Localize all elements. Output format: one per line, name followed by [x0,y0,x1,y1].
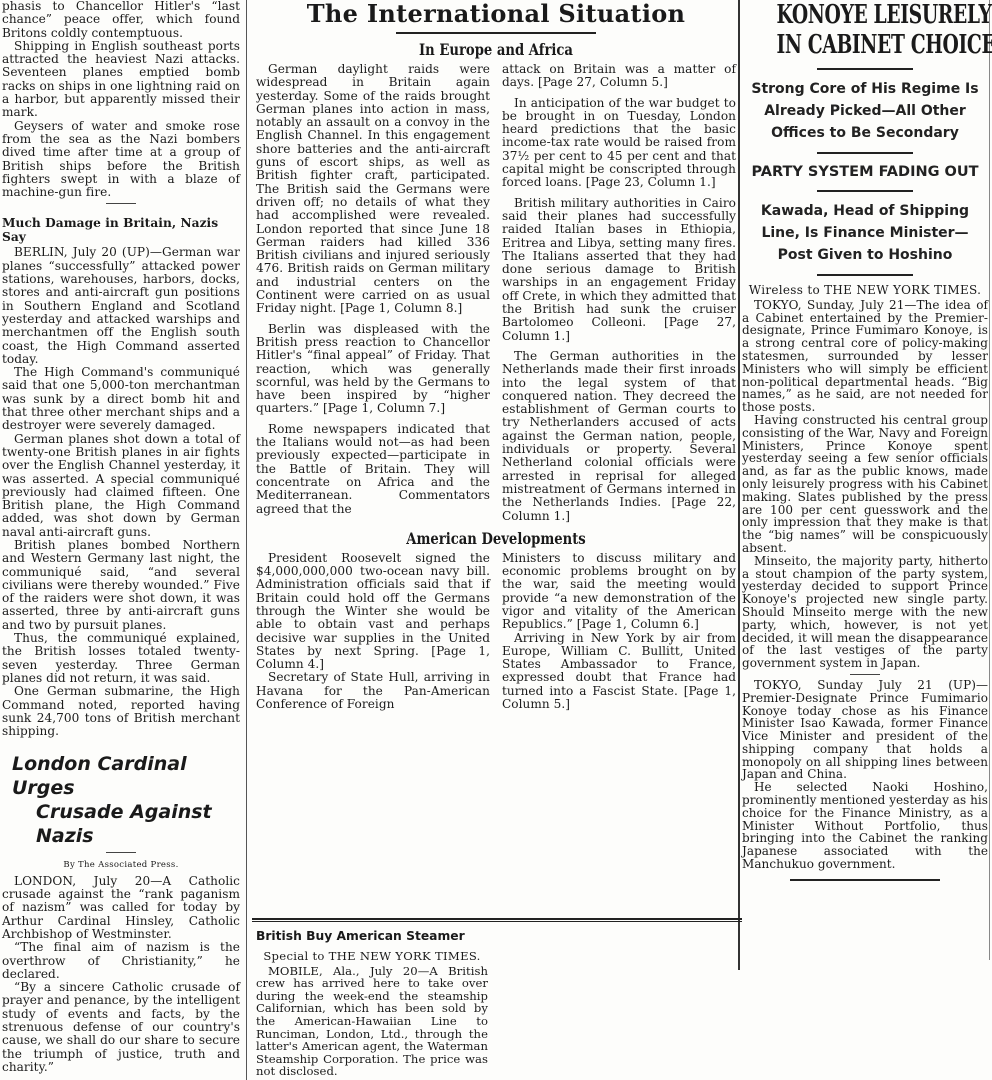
section-heading: American Developments [292,529,700,548]
headline-line: Crusade Against Nazis [2,800,240,848]
article-paragraph: TOKYO, Sunday, July 21—The idea of a Cab… [742,299,988,414]
byline: Special to THE NEW YORK TIMES. [256,950,488,963]
deck-headline: PARTY SYSTEM FADING OUT [742,162,988,182]
column-rule [738,0,740,970]
europe-africa-section: German daylight raids were widespread in… [256,63,736,523]
summary-paragraph: British military authorities in Cairo sa… [502,197,736,343]
section-heading: In Europe and Africa [292,40,700,59]
separator [850,674,880,675]
subhead: Much Damage in Britain, Nazis Say [2,216,240,244]
section-rule [252,918,742,922]
article-headline: British Buy American Steamer [256,928,488,944]
left-column: phasis to Chancellor Hitler's “last chan… [2,0,240,1080]
sub-column-left: President Roosevelt signed the $4,000,00… [256,552,490,712]
byline: By The Associated Press. [2,859,240,872]
american-section: President Roosevelt signed the $4,000,00… [256,552,736,712]
summary-paragraph: attack on Britain was a matter of days. … [502,63,736,90]
article-paragraph: “The final aim of nazism is the overthro… [2,941,240,981]
deck-headline: Kawada, Head of Shipping Line, Is Financ… [742,200,988,266]
article-paragraph: German planes shot down a total of twent… [2,433,240,539]
article-paragraph: The High Command's communiqué said that … [2,366,240,432]
summary-paragraph: In anticipation of the war budget to be … [502,97,736,190]
article-paragraph: “By a sincere Catholic crusade of prayer… [2,981,240,1074]
separator [817,152,913,154]
article-paragraph: MOBILE, Ala., July 20—A British crew has… [256,965,488,1078]
separator [106,203,136,204]
article-paragraph: British planes bombed Northern and Weste… [2,539,240,632]
cardinal-headline: London Cardinal Urges Crusade Against Na… [2,752,240,848]
separator [817,68,913,70]
article-paragraph: LONDON, July 20—A Catholic crusade again… [2,875,240,941]
article-paragraph: Minseito, the majority party, hitherto a… [742,555,988,670]
separator [817,274,913,276]
deck-headline: Strong Core of His Regime Is Already Pic… [742,78,988,144]
headline-line: IN CABINET CHOICES [776,30,953,60]
article-paragraph: Having constructed his central group con… [742,414,988,555]
separator [106,852,136,853]
byline: Wireless to THE NEW YORK TIMES. [742,284,988,297]
article-paragraph: One German submarine, the High Command n… [2,685,240,738]
column-rule [246,0,247,1080]
summary-paragraph: Arriving in New York by air from Europe,… [502,632,736,712]
sub-column-left: German daylight raids were widespread in… [256,63,490,523]
article-paragraph: Thus, the communiqué explained, the Brit… [2,632,240,685]
sub-column-right: attack on Britain was a matter of days. … [502,63,736,523]
summary-paragraph: German daylight raids were widespread in… [256,63,490,316]
separator [790,879,940,881]
article-paragraph: Shipping in English southeast ports attr… [2,40,240,120]
summary-paragraph: Ministers to discuss military and econom… [502,552,736,632]
headline-line: KONOYE LEISURELY [776,0,953,30]
article-paragraph: TOKYO, Sunday July 21 (UP)—Premier-Desig… [742,679,988,781]
sub-column-right: Ministers to discuss military and econom… [502,552,736,712]
middle-column: The International Situation In Europe an… [256,0,736,711]
article-paragraph: Geysers of water and smoke rose from the… [2,120,240,200]
summary-paragraph: Rome newspapers indicated that the Itali… [256,423,490,516]
title-rule [396,32,596,34]
steamer-article: British Buy American Steamer Special to … [256,928,488,1078]
page-title: The International Situation [256,0,736,28]
summary-paragraph: The German authorities in the Netherland… [502,350,736,523]
summary-paragraph: Berlin was displeased with the British p… [256,323,490,416]
right-column: KONOYE LEISURELY IN CABINET CHOICES Stro… [742,0,988,889]
article-paragraph: BERLIN, July 20 (UP)—German war planes “… [2,246,240,366]
article-paragraph: He selected Naoki Hoshino, prominently m… [742,781,988,871]
summary-paragraph: Secretary of State Hull, arriving in Hav… [256,671,490,711]
article-paragraph: phasis to Chancellor Hitler's “last chan… [2,0,240,40]
summary-paragraph: President Roosevelt signed the $4,000,00… [256,552,490,672]
headline-line: London Cardinal Urges [2,752,240,800]
separator [817,190,913,192]
column-rule [989,0,990,960]
